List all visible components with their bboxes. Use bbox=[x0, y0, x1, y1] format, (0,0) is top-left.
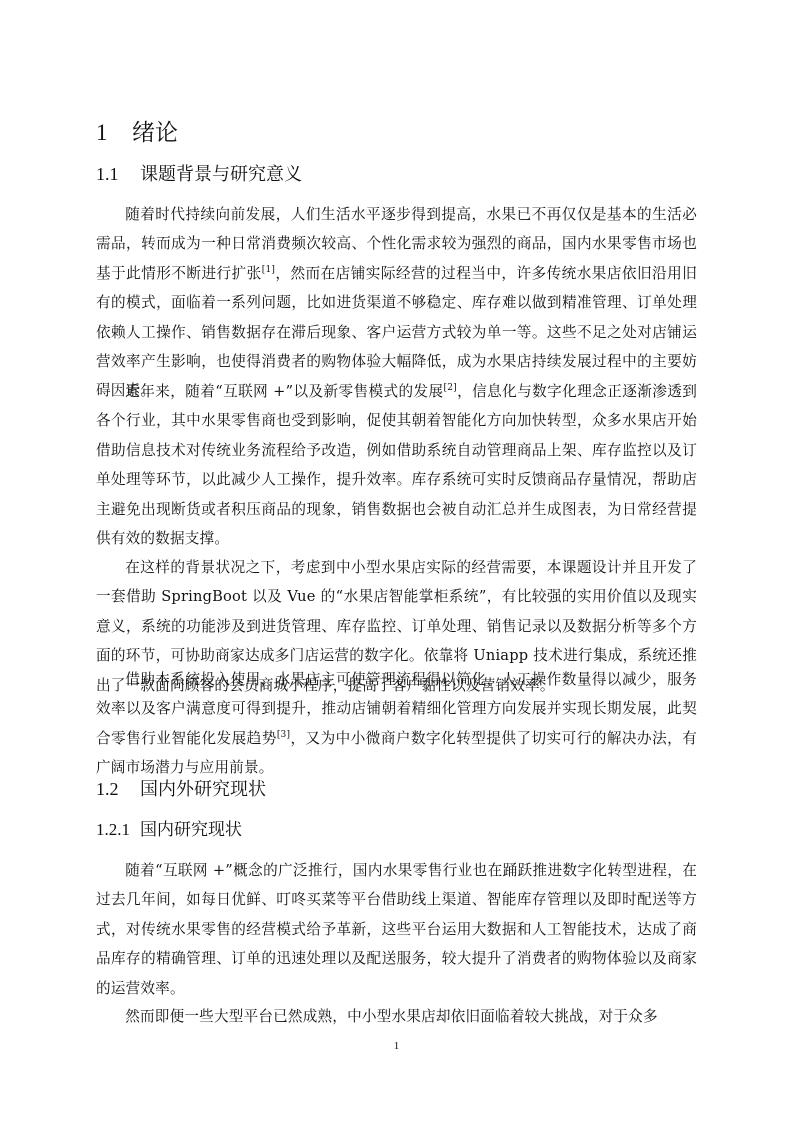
section-number: 1.1 bbox=[96, 162, 140, 186]
chapter-number: 1 bbox=[96, 118, 132, 148]
page-number: 1 bbox=[0, 1040, 793, 1052]
paragraph-2: 近年来，随着“互联网 +”以及新零售模式的发展[2]，信息化与数字化理念正逐渐渗… bbox=[96, 377, 697, 553]
section-title: 课题背景与研究意义 bbox=[140, 164, 302, 185]
citation-ref: [3] bbox=[277, 730, 290, 740]
citation-ref: [2] bbox=[444, 383, 457, 393]
section-heading-1-1: 1.1课题背景与研究意义 bbox=[96, 162, 302, 187]
document-page: 1绪论 1.1课题背景与研究意义 随着时代持续向前发展，人们生活水平逐步得到提高… bbox=[0, 0, 793, 1122]
paragraph-1: 随着时代持续向前发展，人们生活水平逐步得到提高，水果已不再仅仅是基本的生活必需品… bbox=[96, 200, 697, 406]
subsection-number: 1.2.1 bbox=[96, 818, 140, 842]
section-title: 国内外研究现状 bbox=[140, 779, 266, 800]
paragraph-6: 然而即便一些大型平台已然成熟，中小型水果店却依旧面临着较大挑战，对于众多 bbox=[96, 1002, 697, 1031]
subsection-heading-1-2-1: 1.2.1国内研究现状 bbox=[96, 818, 242, 842]
chapter-title: 绪论 bbox=[132, 120, 178, 146]
subsection-title: 国内研究现状 bbox=[140, 820, 242, 840]
citation-ref: [1] bbox=[262, 265, 275, 275]
paragraph-5: 随着“互联网 +”概念的广泛推行，国内水果零售行业也在踊跃推进数字化转型进程，在… bbox=[96, 856, 697, 1003]
chapter-heading: 1绪论 bbox=[96, 118, 178, 148]
section-number: 1.2 bbox=[96, 777, 140, 801]
paragraph-4: 借助本系统投入使用，水果店主可使管理流程得以简化，人工操作数量得以减少，服务效率… bbox=[96, 665, 697, 783]
section-heading-1-2: 1.2国内外研究现状 bbox=[96, 777, 266, 802]
